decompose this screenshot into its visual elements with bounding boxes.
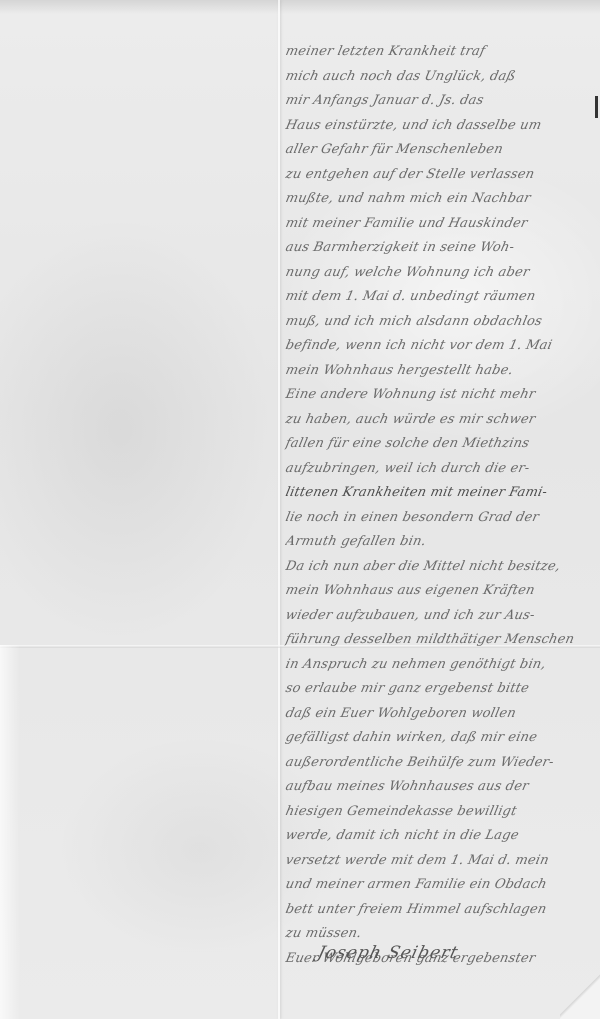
text-line: außerordentliche Beihülfe zum Wieder- — [283, 751, 600, 776]
text-line: daß ein Euer Wohlgeboren wollen — [283, 702, 600, 727]
text-line: nung auf, welche Wohnung ich aber — [283, 261, 600, 286]
text-line: zu entgehen auf der Stelle verlassen — [283, 163, 600, 188]
text-line: muß, und ich mich alsdann obdachlos — [283, 310, 600, 335]
text-line: befinde, wenn ich nicht vor dem 1. Mai — [283, 334, 600, 359]
text-line: mich auch noch das Unglück, daß — [283, 65, 600, 90]
text-line: aus Barmherzigkeit in seine Woh- — [283, 236, 600, 261]
text-line: zu haben, auch würde es mir schwer — [283, 408, 600, 433]
text-line: Da ich nun aber die Mittel nicht besitze… — [283, 555, 600, 580]
vertical-fold-crease — [278, 0, 280, 1019]
text-line: Eine andere Wohnung ist nicht mehr — [283, 383, 600, 408]
text-line: Haus einstürzte, und ich dasselbe um — [283, 114, 600, 139]
text-line: mit meiner Familie und Hauskinder — [283, 212, 600, 237]
paper-top-edge — [0, 0, 600, 14]
text-line: Armuth gefallen bin. — [283, 530, 600, 555]
text-line: hiesigen Gemeindekasse bewilligt — [283, 800, 600, 825]
text-line: mir Anfangs Januar d. Js. das — [283, 89, 600, 114]
letter-page: meiner letzten Krankheit traf mich auch … — [0, 0, 600, 1019]
text-line: führung desselben mildthätiger Menschen — [283, 628, 600, 653]
text-line: und meiner armen Familie ein Obdach — [283, 873, 600, 898]
signature: Joseph Seibert — [316, 943, 461, 963]
text-line: werde, damit ich nicht in die Lage — [283, 824, 600, 849]
text-line: littenen Krankheiten mit meiner Fami- — [283, 481, 600, 506]
text-line: aufzubringen, weil ich durch die er- — [283, 457, 600, 482]
text-line: so erlaube mir ganz ergebenst bitte — [283, 677, 600, 702]
text-line: mit dem 1. Mai d. unbedingt räumen — [283, 285, 600, 310]
text-line: wieder aufzubauen, und ich zur Aus- — [283, 604, 600, 629]
handwritten-text-block: meiner letzten Krankheit traf mich auch … — [283, 40, 598, 971]
text-line: mein Wohnhaus hergestellt habe. — [283, 359, 600, 384]
text-line: lie noch in einen besondern Grad der — [283, 506, 600, 531]
text-line: fallen für eine solche den Miethzins — [283, 432, 600, 457]
text-line: versetzt werde mit dem 1. Mai d. mein — [283, 849, 600, 874]
text-line: aller Gefahr für Menschenleben — [283, 138, 600, 163]
text-line: gefälligst dahin wirken, daß mir eine — [283, 726, 600, 751]
text-line: aufbau meines Wohnhauses aus der — [283, 775, 600, 800]
text-line: bett unter freiem Himmel aufschlagen — [283, 898, 600, 923]
text-line: mein Wohnhaus aus eigenen Kräften — [283, 579, 600, 604]
text-line: mußte, und nahm mich ein Nachbar — [283, 187, 600, 212]
text-line: in Anspruch zu nehmen genöthigt bin, — [283, 653, 600, 678]
paper-left-edge — [0, 645, 20, 1019]
text-line: meiner letzten Krankheit traf — [283, 40, 600, 65]
